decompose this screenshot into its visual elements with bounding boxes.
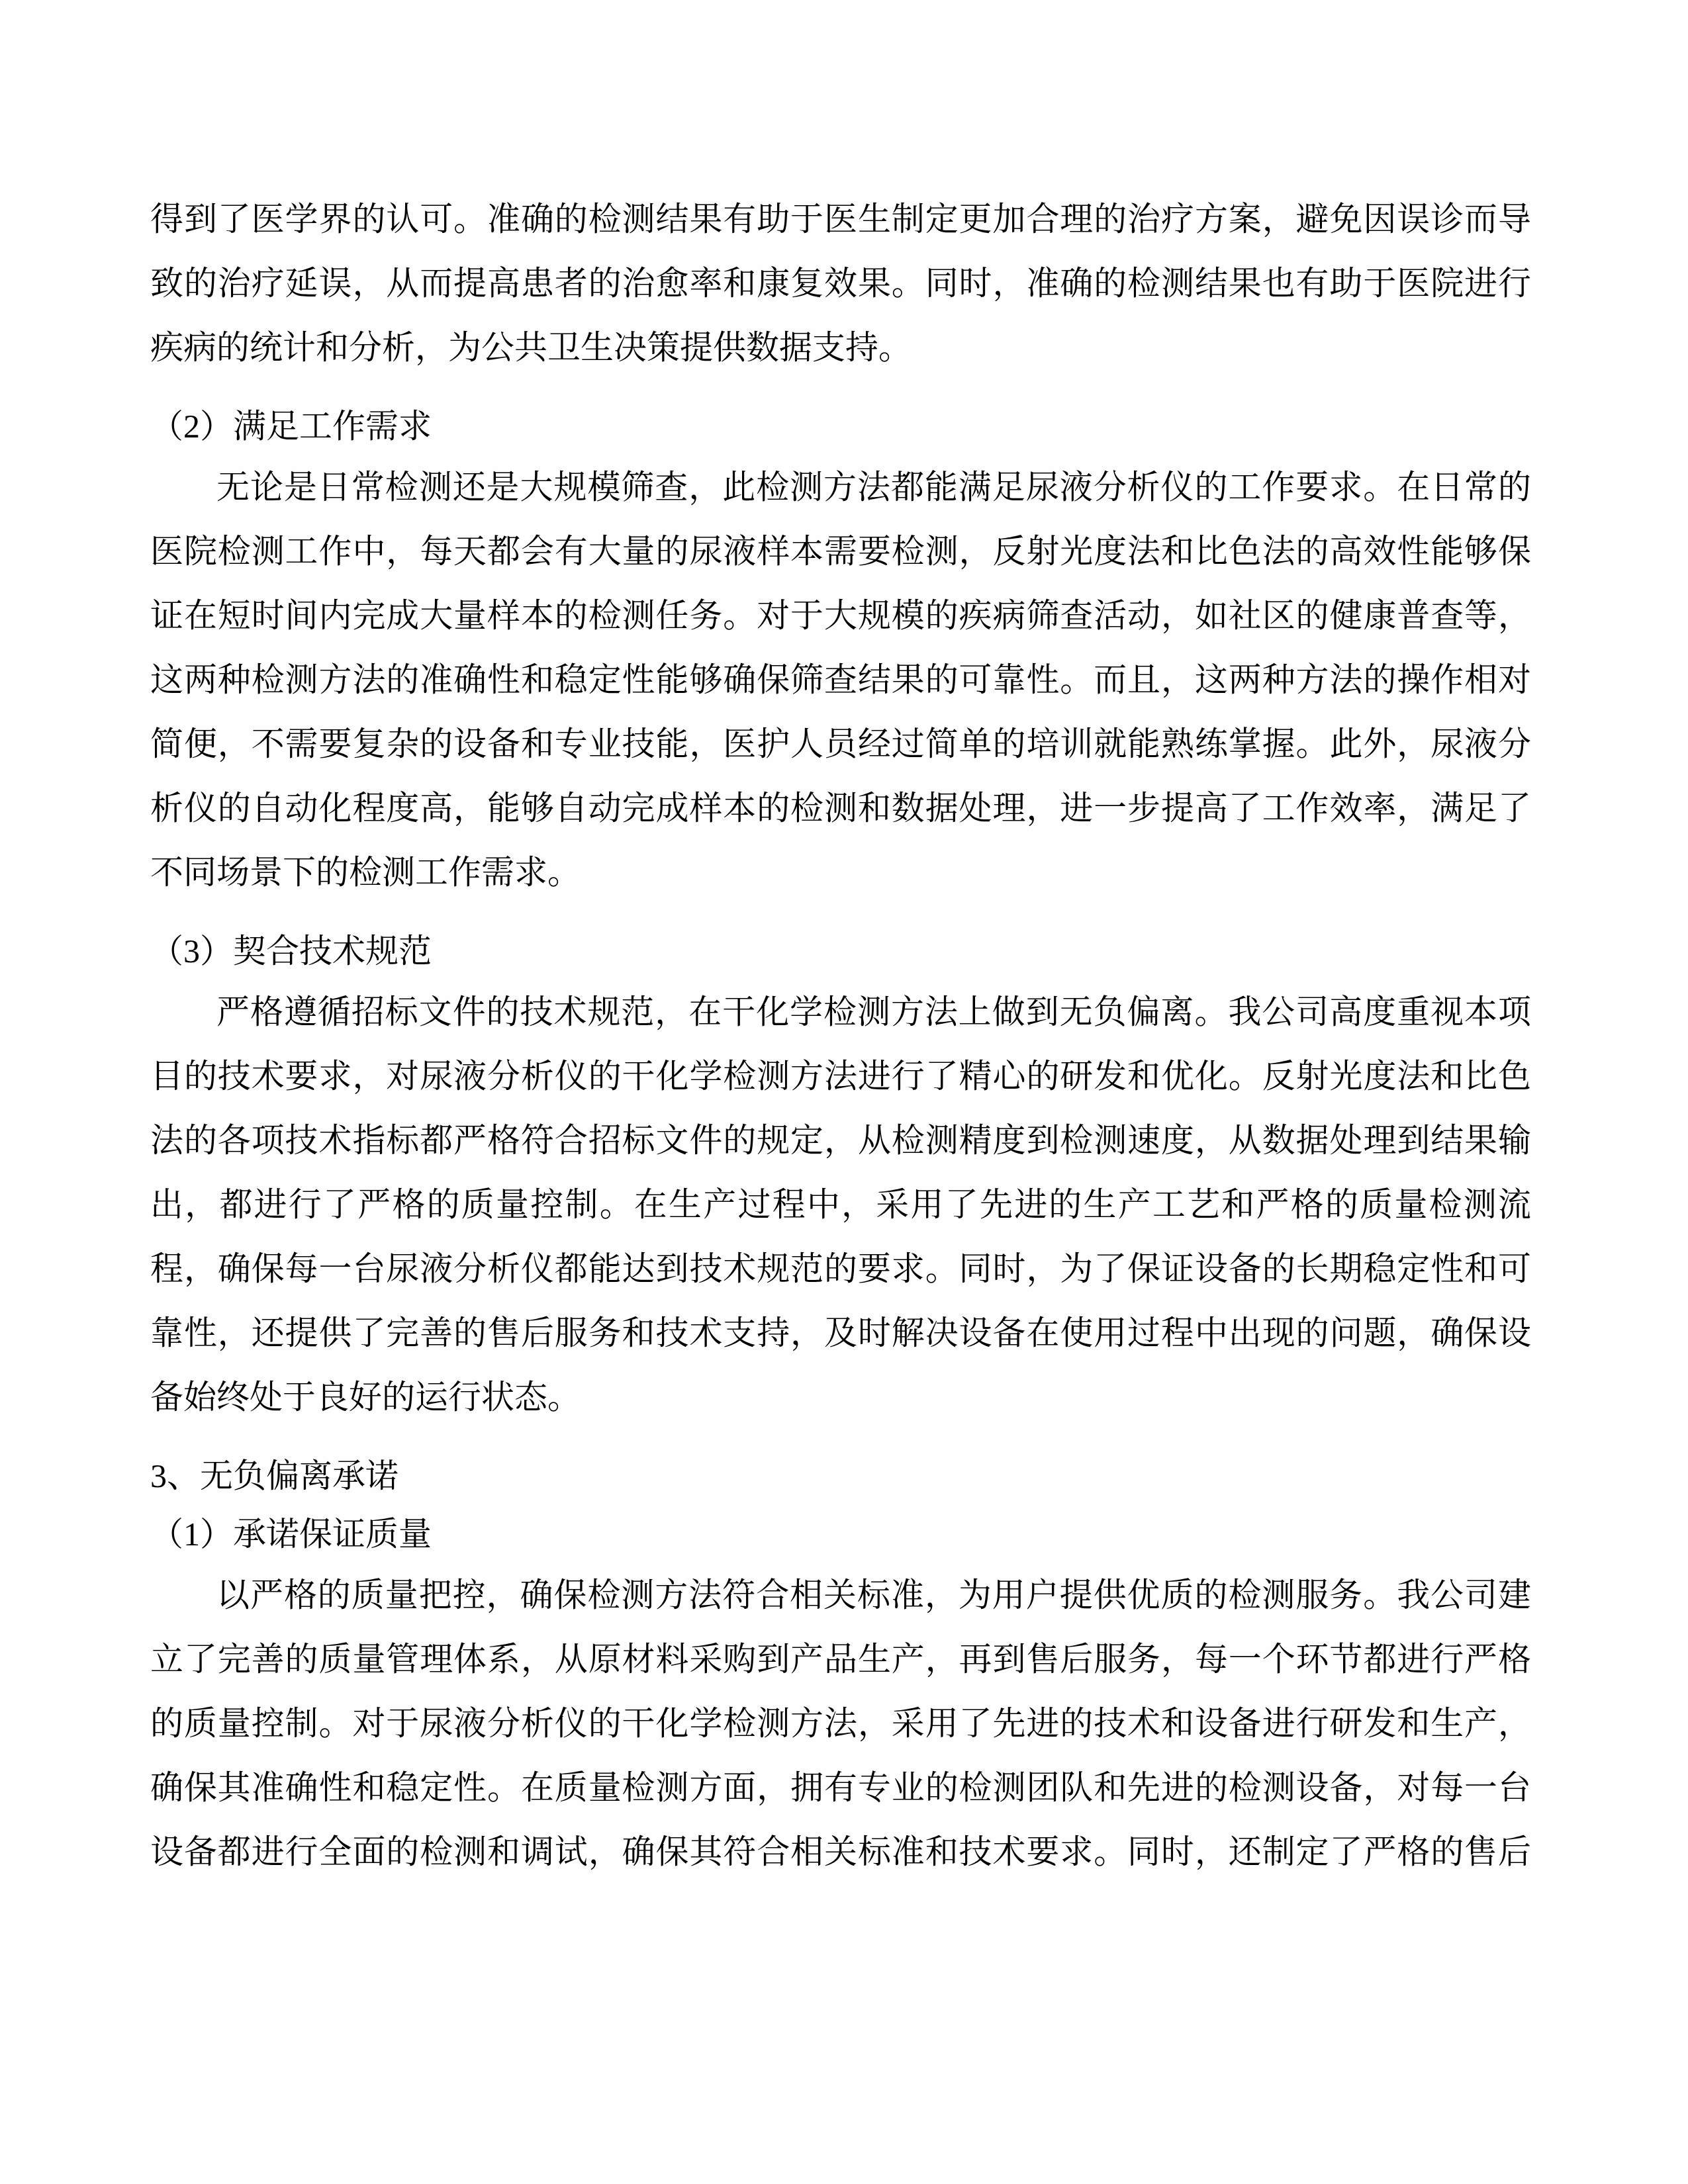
text-line: 出，都进行了严格的质量控制。在生产过程中，采用了先进的生产工艺和严格的质量检测流 bbox=[150, 1173, 1531, 1237]
text-line: 得到了医学界的认可。准确的检测结果有助于医生制定更加合理的治疗方案，避免因误诊而… bbox=[150, 187, 1531, 251]
text-line: 析仪的自动化程度高，能够自动完成样本的检测和数据处理，进一步提高了工作效率，满足… bbox=[150, 776, 1531, 841]
text-line: 目的技术要求，对尿液分析仪的干化学检测方法进行了精心的研发和优化。反射光度法和比… bbox=[150, 1044, 1531, 1109]
section-heading: 3、无负偏离承诺 bbox=[150, 1447, 1531, 1505]
text-line: 备始终处于良好的运行状态。 bbox=[150, 1365, 1531, 1430]
section-heading: （2）满足工作需求 bbox=[150, 397, 1531, 455]
text-line: 严格遵循招标文件的技术规范，在干化学检测方法上做到无负偏离。我公司高度重视本项 bbox=[150, 980, 1531, 1044]
paragraph: 无论是日常检测还是大规模筛查，此检测方法都能满足尿液分析仪的工作要求。在日常的医… bbox=[150, 455, 1531, 905]
text-line: 不同场景下的检测工作需求。 bbox=[150, 841, 1531, 905]
text-line: 立了完善的质量管理体系，从原材料采购到产品生产，再到售后服务，每一个环节都进行严… bbox=[150, 1627, 1531, 1692]
text-line: 靠性，还提供了完善的售后服务和技术支持，及时解决设备在使用过程中出现的问题，确保… bbox=[150, 1301, 1531, 1365]
document-page: 得到了医学界的认可。准确的检测结果有助于医生制定更加合理的治疗方案，避免因误诊而… bbox=[0, 0, 1688, 2184]
text-line: 医院检测工作中，每天都会有大量的尿液样本需要检测，反射光度法和比色法的高效性能够… bbox=[150, 520, 1531, 584]
text-line: 致的治疗延误，从而提高患者的治愈率和康复效果。同时，准确的检测结果也有助于医院进… bbox=[150, 251, 1531, 316]
text-line: 设备都进行全面的检测和调试，确保其符合相关标准和技术要求。同时，还制定了严格的售… bbox=[150, 1820, 1531, 1884]
section-heading: （3）契合技术规范 bbox=[150, 922, 1531, 980]
text-line: 以严格的质量把控，确保检测方法符合相关标准，为用户提供优质的检测服务。我公司建 bbox=[150, 1563, 1531, 1627]
text-line: 法的各项技术指标都严格符合招标文件的规定，从检测精度到检测速度，从数据处理到结果… bbox=[150, 1109, 1531, 1173]
page-content: 得到了医学界的认可。准确的检测结果有助于医生制定更加合理的治疗方案，避免因误诊而… bbox=[150, 187, 1531, 1884]
text-line: 这两种检测方法的准确性和稳定性能够确保筛查结果的可靠性。而且，这两种方法的操作相… bbox=[150, 648, 1531, 712]
text-line: 确保其准确性和稳定性。在质量检测方面，拥有专业的检测团队和先进的检测设备，对每一… bbox=[150, 1756, 1531, 1820]
text-line: 简便，不需要复杂的设备和专业技能，医护人员经过简单的培训就能熟练掌握。此外，尿液… bbox=[150, 712, 1531, 776]
text-line: 的质量控制。对于尿液分析仪的干化学检测方法，采用了先进的技术和设备进行研发和生产… bbox=[150, 1692, 1531, 1756]
paragraph: 得到了医学界的认可。准确的检测结果有助于医生制定更加合理的治疗方案，避免因误诊而… bbox=[150, 187, 1531, 380]
paragraph: 严格遵循招标文件的技术规范，在干化学检测方法上做到无负偏离。我公司高度重视本项目… bbox=[150, 980, 1531, 1430]
text-line: 证在短时间内完成大量样本的检测任务。对于大规模的疾病筛查活动，如社区的健康普查等… bbox=[150, 584, 1531, 648]
text-line: 无论是日常检测还是大规模筛查，此检测方法都能满足尿液分析仪的工作要求。在日常的 bbox=[150, 455, 1531, 520]
paragraph: 以严格的质量把控，确保检测方法符合相关标准，为用户提供优质的检测服务。我公司建立… bbox=[150, 1563, 1531, 1884]
text-line: 程，确保每一台尿液分析仪都能达到技术规范的要求。同时，为了保证设备的长期稳定性和… bbox=[150, 1237, 1531, 1301]
section-heading: （1）承诺保证质量 bbox=[150, 1505, 1531, 1563]
text-line: 疾病的统计和分析，为公共卫生决策提供数据支持。 bbox=[150, 316, 1531, 380]
